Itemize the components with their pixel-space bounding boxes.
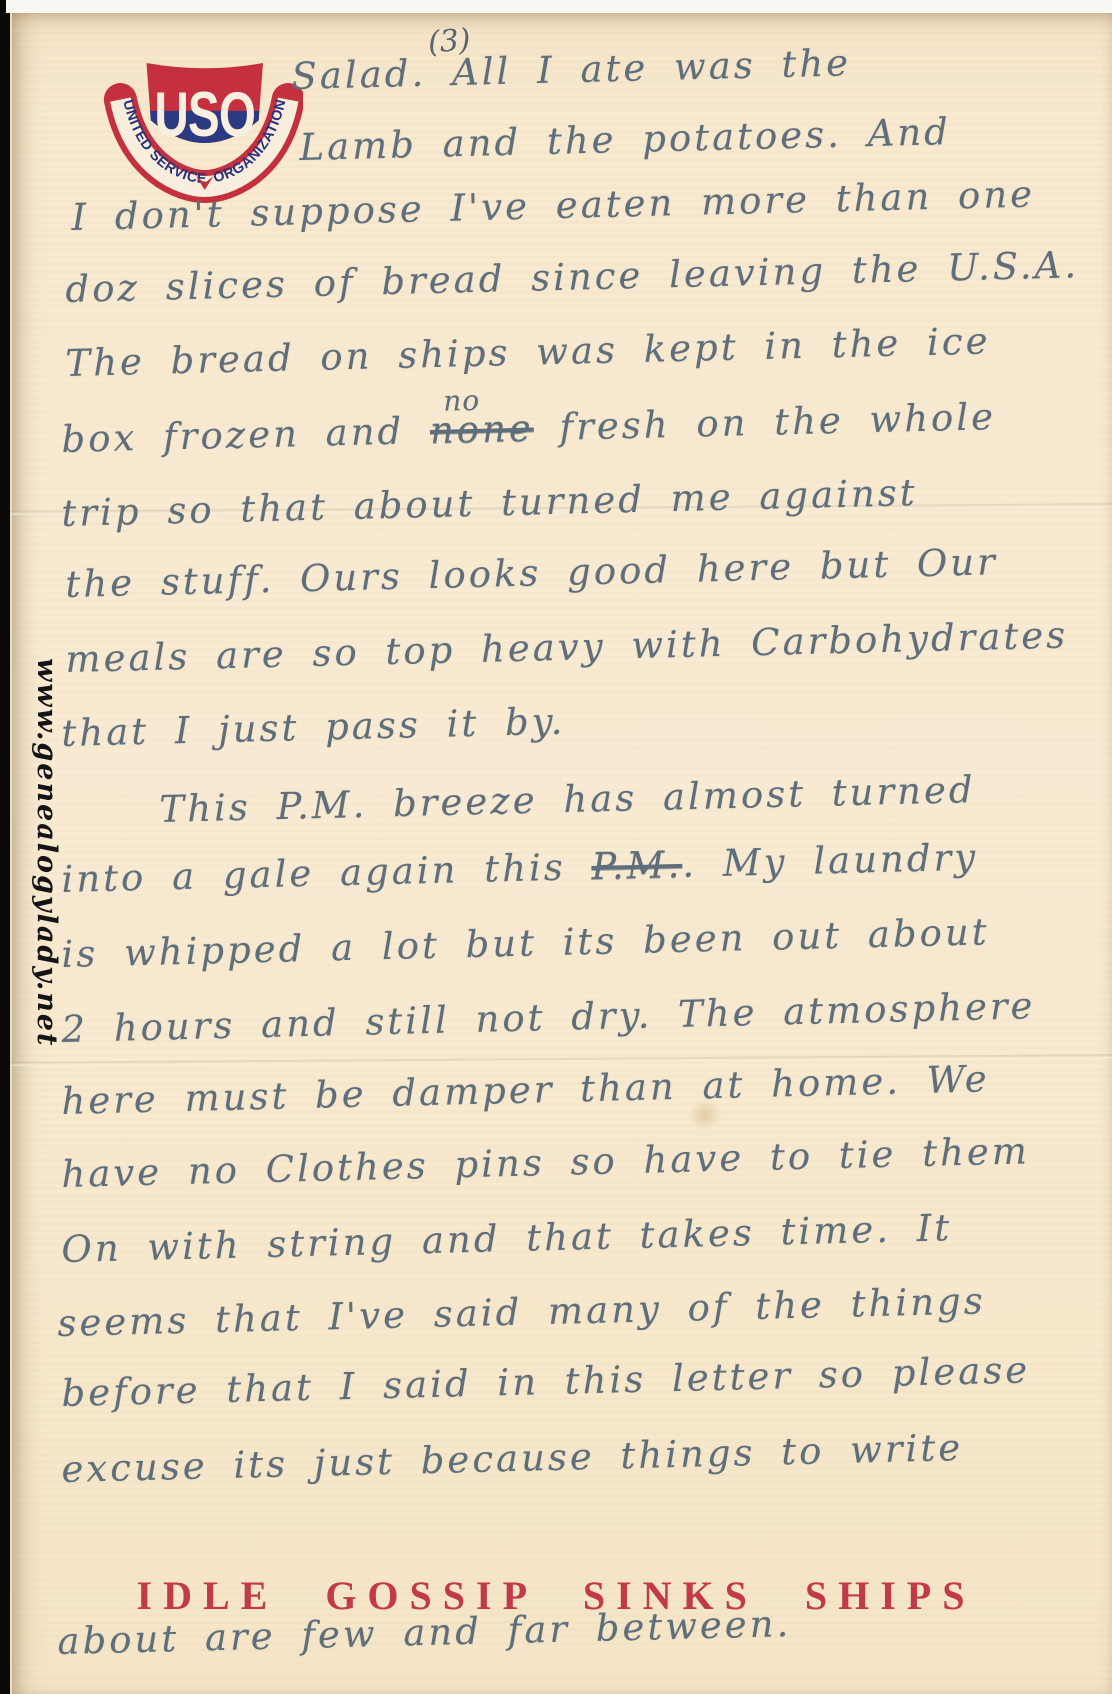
line-segment: box frozen and [61,409,431,461]
struck-word: P.M. [591,843,683,888]
uso-acronym: USO [154,78,255,149]
scanned-letter-page: UNITED SERVICE ORGANIZATIONS USO (3) Sal… [0,0,1112,1694]
watermark: www.genealogylady.net [31,658,62,1048]
uso-logo: UNITED SERVICE ORGANIZATIONS USO [103,50,303,210]
inserted-word: no [443,384,481,418]
line-segment: . My laundry [682,836,979,886]
scan-edge-top [6,0,1112,13]
